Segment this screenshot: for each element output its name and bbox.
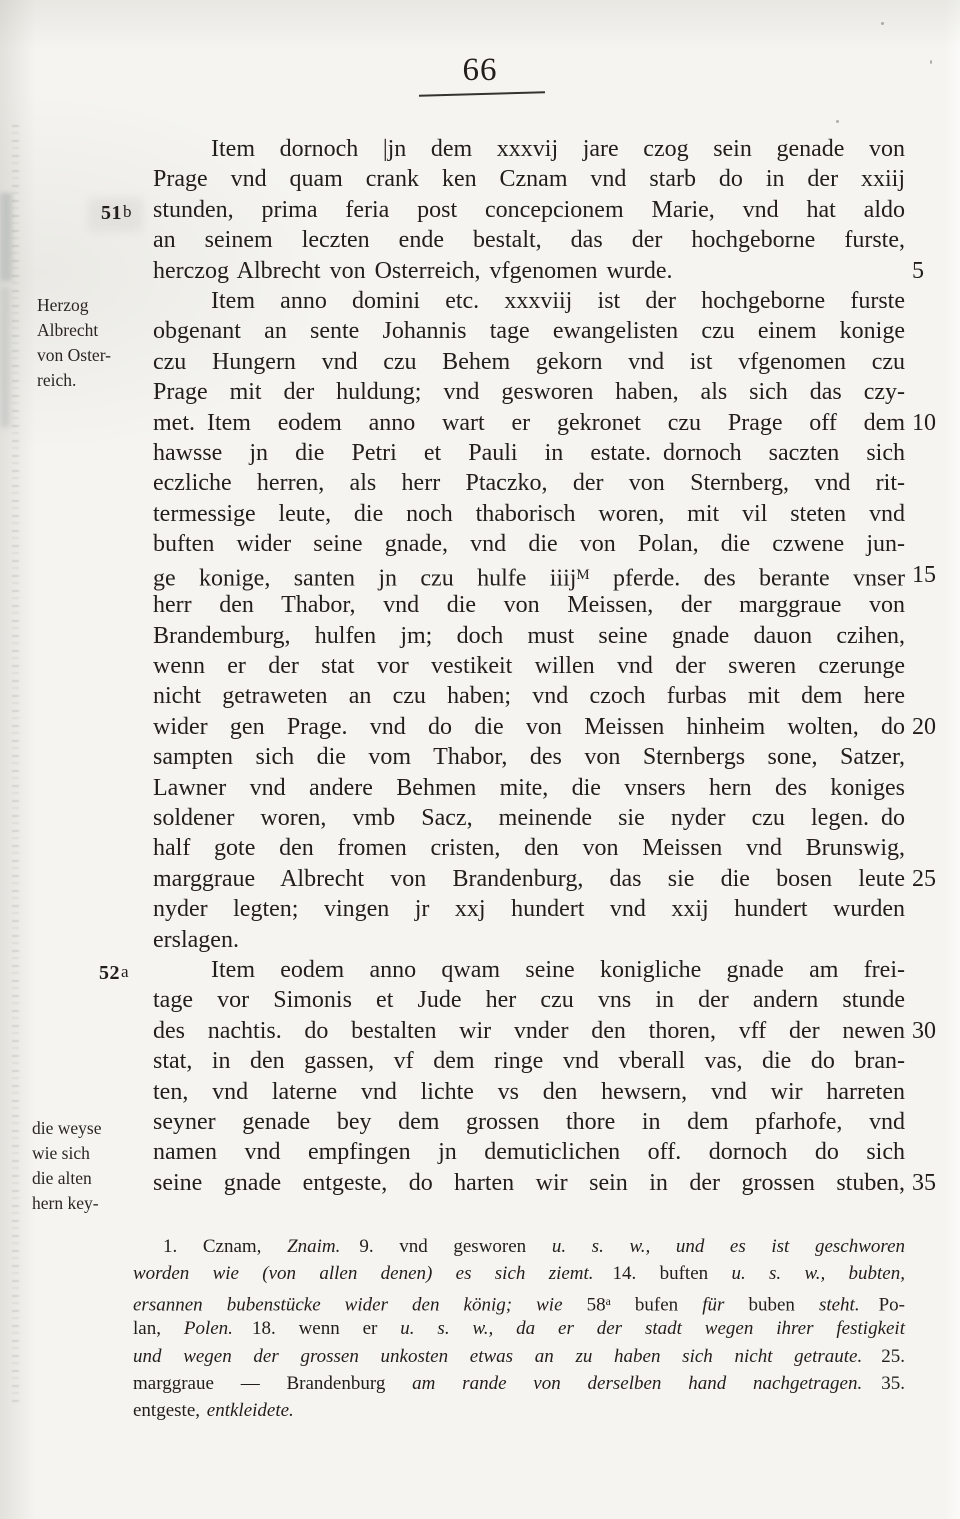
- text-run: half gote den fromen cristen, den von Me…: [153, 835, 905, 861]
- text-run: sampten sich die vom Thabor, des von Ste…: [153, 744, 905, 770]
- text-run: ten, vnd laterne vnd lichte vs den hewse…: [153, 1079, 905, 1105]
- body-line: obgenant an sente Johannis tage ewangeli…: [153, 316, 905, 346]
- text-run: worden wie (von allen denen) es sich zie…: [133, 1263, 594, 1284]
- text-run: wenn er der stat vor vestikeit willen vn…: [153, 653, 905, 679]
- main-text-block: Item dornoch |jn dem xxxvij jare czog se…: [153, 134, 905, 1198]
- scan-artifact: [0, 193, 12, 281]
- text-run: ersannen bubenstücke wider den könig; wi…: [133, 1294, 587, 1315]
- text-run: buben: [748, 1294, 819, 1315]
- page-number: 66: [0, 52, 960, 89]
- scanned-book-page: 66 51b HerzogAlbrechtvon Oster-reich. 52…: [0, 0, 960, 1519]
- footnote-line: worden wie (von allen denen) es sich zie…: [133, 1260, 905, 1287]
- line-number: 15: [912, 560, 946, 590]
- text-run: termessige leute, die noch thaborisch wo…: [153, 501, 905, 527]
- text-run: [860, 1294, 879, 1315]
- text-run: [862, 1346, 881, 1367]
- margin-note-line: die weyse: [32, 1116, 150, 1141]
- text-run: [340, 1236, 359, 1257]
- margin-note-line: reich.: [37, 368, 155, 393]
- text-run: 58: [587, 1294, 606, 1315]
- text-run: soldener woren, vmb Sacz, meinende sie n…: [153, 805, 905, 831]
- body-line: met. Item eodem anno wart er gekronet cz…: [153, 408, 905, 438]
- text-run: Po-: [879, 1294, 905, 1315]
- body-line: an seinem leczten ende bestalt, das der …: [153, 225, 905, 255]
- body-line: wider gen Prage. vnd do die von Meissen …: [153, 712, 905, 742]
- text-run: Item anno domini etc. xxxviij ist der ho…: [211, 288, 905, 314]
- text-run: u. s. w., bubten,: [731, 1263, 905, 1284]
- body-line: nicht getraweten an czu haben; vnd czoch…: [153, 681, 905, 711]
- line-number: 30: [912, 1016, 946, 1046]
- text-run: an seinem leczten ende bestalt, das der …: [153, 227, 905, 253]
- text-run: Item dornoch |jn dem xxxvij jare czog se…: [211, 136, 905, 162]
- text-run: ge konige, santen jn czu hulfe iiij: [153, 565, 576, 591]
- text-run: namen vnd empfingen jn demuticlichen off…: [153, 1139, 905, 1165]
- text-run: pferde. des berante vnser: [590, 565, 905, 591]
- text-run: Brandemburg, hulfen jm; doch must seine …: [153, 623, 905, 649]
- line-number: 25: [912, 864, 946, 894]
- body-line: buften wider seine gnade, vnd die von Po…: [153, 529, 905, 559]
- text-run: u. s. w., und es ist geschworen: [552, 1236, 905, 1257]
- margin-note-line: wie sich: [32, 1141, 150, 1166]
- text-run: seyner genade bey dem grossen thore in d…: [153, 1109, 905, 1135]
- text-run: entgeste,: [133, 1400, 207, 1421]
- body-line: Brandemburg, hulfen jm; doch must seine …: [153, 621, 905, 651]
- footnote-line: ersannen bubenstücke wider den könig; wi…: [133, 1288, 905, 1315]
- scan-artifact: [836, 120, 839, 123]
- body-line: ge konige, santen jn czu hulfe iiijM pfe…: [153, 560, 905, 590]
- text-run: 1. Cznam,: [163, 1236, 287, 1257]
- text-run: stunden, prima feria post concepcionem M…: [153, 197, 905, 223]
- text-run: nyder legten; vingen jr xxj hundert vnd …: [153, 896, 905, 922]
- footnote-line: lan, Polen. 18. wenn er u. s. w., da er …: [133, 1315, 905, 1342]
- text-run: marggraue — Brandenburg: [133, 1373, 412, 1394]
- text-run: met. Item eodem anno wart er gekronet cz…: [153, 410, 905, 436]
- body-line: tage vor Simonis et Jude her czu vns in …: [153, 985, 905, 1015]
- line-number: 10: [912, 408, 946, 438]
- text-run: lan,: [133, 1318, 184, 1339]
- body-line: soldener woren, vmb Sacz, meinende sie n…: [153, 803, 905, 833]
- margin-note-line: Albrecht: [37, 318, 155, 343]
- line-number: 5: [912, 256, 946, 286]
- body-line: termessige leute, die noch thaborisch wo…: [153, 499, 905, 529]
- text-run: obgenant an sente Johannis tage ewangeli…: [153, 318, 905, 344]
- text-run: wider gen Prage. vnd do die von Meissen …: [153, 714, 905, 740]
- scan-artifact: [881, 22, 884, 25]
- text-run: eczliche herren, als herr Ptaczko, der v…: [153, 470, 905, 496]
- line-number: 20: [912, 712, 946, 742]
- footnote-line: und wegen der grossen unkosten etwas an …: [133, 1343, 905, 1370]
- text-run: seine gnade entgeste, do harten wir sein…: [153, 1170, 905, 1196]
- page-number-rule: [419, 91, 545, 97]
- body-line: namen vnd empfingen jn demuticlichen off…: [153, 1137, 905, 1167]
- text-run: czu Hungern vnd czu Behem gekorn vnd ist…: [153, 349, 905, 375]
- text-run: des nachtis. do bestalten wir vnder den …: [153, 1018, 905, 1044]
- body-line: eczliche herren, als herr Ptaczko, der v…: [153, 468, 905, 498]
- body-line: sampten sich die vom Thabor, des von Ste…: [153, 742, 905, 772]
- text-run: 9. vnd gesworen: [359, 1236, 551, 1257]
- text-run: Prage vnd quam crank ken Cznam vnd starb…: [153, 166, 905, 192]
- text-run: und wegen der grossen unkosten etwas an …: [133, 1346, 862, 1367]
- text-run: [594, 1263, 613, 1284]
- text-run: bufen: [611, 1294, 702, 1315]
- body-line: Item anno domini etc. xxxviij ist der ho…: [153, 286, 905, 316]
- text-run: [862, 1373, 881, 1394]
- text-run: nicht getraweten an czu haben; vnd czoch…: [153, 683, 905, 709]
- text-run: herr den Thabor, vnd die von Meissen, de…: [153, 592, 905, 618]
- body-line: nyder legten; vingen jr xxj hundert vnd …: [153, 894, 905, 924]
- text-run: erslagen.: [153, 927, 239, 953]
- folio-side-letter: a: [121, 962, 129, 981]
- text-run: Item eodem anno qwam seine konigliche gn…: [211, 957, 905, 983]
- footnote-block: 1. Cznam, Znaim. 9. vnd gesworen u. s. w…: [133, 1233, 905, 1425]
- footnote-line: 1. Cznam, Znaim. 9. vnd gesworen u. s. w…: [133, 1233, 905, 1260]
- text-run: 18. wenn er: [252, 1318, 400, 1339]
- body-line: herczog Albrecht von Osterreich, vfgenom…: [153, 256, 905, 286]
- margin-note-line: von Oster-: [37, 343, 155, 368]
- text-run: Prage mit der huldung; vnd gesworen habe…: [153, 379, 905, 405]
- text-run: entkleidete.: [207, 1400, 294, 1421]
- text-run: [233, 1318, 252, 1339]
- text-run: hawsse jn die Petri et Pauli in estate. …: [153, 440, 905, 466]
- text-run: steht.: [819, 1294, 860, 1315]
- text-run: tage vor Simonis et Jude her czu vns in …: [153, 987, 905, 1013]
- text-run: Znaim.: [287, 1236, 340, 1257]
- text-run: am rande von derselben hand nachgetragen…: [412, 1373, 862, 1394]
- text-run: für: [702, 1294, 748, 1315]
- body-line: Prage vnd quam crank ken Cznam vnd starb…: [153, 164, 905, 194]
- body-line: Prage mit der huldung; vnd gesworen habe…: [153, 377, 905, 407]
- folio-side-letter: b: [123, 202, 132, 221]
- body-line: stunden, prima feria post concepcionem M…: [153, 195, 905, 225]
- body-line: marggraue Albrecht von Brandenburg, das …: [153, 864, 905, 894]
- folio-number: 51: [101, 202, 122, 224]
- margin-note-herzog-albrecht: HerzogAlbrechtvon Oster-reich.: [37, 293, 155, 393]
- body-line: half gote den fromen cristen, den von Me…: [153, 833, 905, 863]
- body-line: czu Hungern vnd czu Behem gekorn vnd ist…: [153, 347, 905, 377]
- text-run: Lawner vnd andere Behmen mite, die vnser…: [153, 775, 905, 801]
- footnote-line: marggraue — Brandenburg am rande von der…: [133, 1370, 905, 1397]
- folio-mark-52a: 52a: [99, 962, 129, 985]
- body-line: herr den Thabor, vnd die von Meissen, de…: [153, 590, 905, 620]
- text-run: marggraue Albrecht von Brandenburg, das …: [153, 866, 905, 892]
- body-line: des nachtis. do bestalten wir vnder den …: [153, 1016, 905, 1046]
- text-run: 25.: [881, 1346, 905, 1367]
- margin-note-line: Herzog: [37, 293, 155, 318]
- margin-note-line: hern key-: [32, 1191, 150, 1216]
- margin-note-die-weyse: die weysewie sichdie altenhern key-: [32, 1116, 150, 1216]
- body-line: ten, vnd laterne vnd lichte vs den hewse…: [153, 1077, 905, 1107]
- scan-artifact: [0, 287, 10, 427]
- body-line: Item eodem anno qwam seine konigliche gn…: [153, 955, 905, 985]
- text-run: 35.: [881, 1373, 905, 1394]
- body-line: wenn er der stat vor vestikeit willen vn…: [153, 651, 905, 681]
- text-run: Polen.: [184, 1318, 233, 1339]
- folio-number: 52: [99, 962, 120, 984]
- body-line: hawsse jn die Petri et Pauli in estate. …: [153, 438, 905, 468]
- superscript-text: M: [576, 567, 589, 583]
- body-line: stat, in den gassen, vf dem ringe vnd vb…: [153, 1046, 905, 1076]
- text-run: 14. buften: [613, 1263, 732, 1284]
- body-line: Lawner vnd andere Behmen mite, die vnser…: [153, 773, 905, 803]
- margin-note-line: die alten: [32, 1166, 150, 1191]
- body-line: seine gnade entgeste, do harten wir sein…: [153, 1168, 905, 1198]
- text-run: stat, in den gassen, vf dem ringe vnd vb…: [153, 1048, 905, 1074]
- folio-mark-51b: 51b: [101, 202, 132, 225]
- footnote-line: entgeste, entkleidete.: [133, 1397, 905, 1424]
- line-number: 35: [912, 1168, 946, 1198]
- scan-artifact: [12, 125, 19, 1405]
- body-line: seyner genade bey dem grossen thore in d…: [153, 1107, 905, 1137]
- text-run: buften wider seine gnade, vnd die von Po…: [153, 531, 905, 557]
- text-run: herczog Albrecht von Osterreich, vfgenom…: [153, 258, 672, 284]
- body-line: erslagen.: [153, 925, 905, 955]
- text-run: u. s. w., da er der stadt wegen ihrer fe…: [400, 1318, 905, 1339]
- body-line: Item dornoch |jn dem xxxvij jare czog se…: [153, 134, 905, 164]
